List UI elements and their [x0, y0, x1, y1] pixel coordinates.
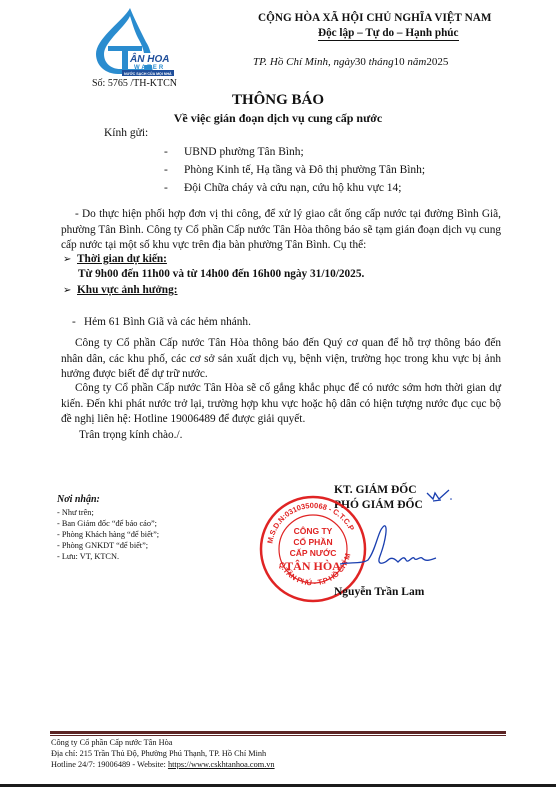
- svg-text:CỔ PHẦN: CỔ PHẦN: [293, 536, 332, 547]
- document-title: THÔNG BÁO: [0, 92, 556, 109]
- intro-text: - Do thực hiện phối hợp đơn vị thi công,…: [61, 208, 501, 251]
- date-year: 2025: [426, 56, 448, 68]
- receiver-item: - Phòng Khách hàng “để biết”;: [57, 530, 159, 539]
- time-value: Từ 9h00 đến 11h00 và từ 14h00 đến 16h00 …: [78, 268, 364, 280]
- recipient-item: -Đội Chữa cháy và cứu nạn, cứu hộ khu vự…: [164, 182, 402, 194]
- time-heading-label: Thời gian dự kiến:: [77, 253, 167, 265]
- water-drop-logo-icon: ÂN HOA WATER NƯỚC SẠCH CỦA MỌI NHÀ: [84, 6, 176, 76]
- receiver-item: - Như trên;: [57, 508, 94, 517]
- recipient-item: -UBND phường Tân Bình;: [164, 146, 304, 158]
- recipient-text: Phòng Kinh tế, Hạ tầng và Đô thị phường …: [184, 164, 425, 176]
- footer-company: Công ty Cổ phần Cấp nước Tân Hòa: [51, 738, 172, 747]
- area-text: Hẻm 61 Bình Giã và các hẻm nhánh.: [84, 316, 251, 328]
- national-motto: Độc lập – Tự do – Hạnh phúc: [318, 27, 459, 41]
- document-number: Số: 5765 /TH-KTCN: [92, 78, 177, 89]
- footer-address: Địa chỉ: 215 Trần Thủ Độ, Phường Phú Thạ…: [51, 749, 266, 758]
- year-label: năm: [405, 56, 427, 68]
- place-date: TP. Hồ Chí Minh, ngày30 tháng10 năm2025: [253, 56, 448, 68]
- svg-text:CÔNG TY: CÔNG TY: [294, 525, 333, 536]
- area-heading-label: Khu vực ảnh hưởng:: [77, 284, 178, 296]
- paragraph-3: Công ty Cổ phần Cấp nước Tân Hòa sẽ cố g…: [61, 381, 501, 428]
- area-item: -Hẻm 61 Bình Giã và các hẻm nhánh.: [72, 316, 251, 328]
- paragraph-3-text: Công ty Cổ phần Cấp nước Tân Hòa sẽ cố g…: [61, 382, 501, 425]
- month-label: tháng: [366, 56, 394, 68]
- footer-divider-thin: [50, 735, 506, 736]
- svg-text:TÂN HÒA: TÂN HÒA: [285, 559, 341, 573]
- date-month: 10: [394, 56, 405, 68]
- arrow-bullet-icon: ➢: [63, 254, 77, 265]
- initial-mark-icon: [425, 487, 455, 507]
- recipient-item: -Phòng Kinh tế, Hạ tầng và Đô thị phường…: [164, 164, 425, 176]
- signer-name: Nguyễn Trần Lam: [334, 586, 424, 598]
- date-day: 30: [355, 56, 366, 68]
- svg-text:ÂN HOA: ÂN HOA: [129, 52, 169, 65]
- company-logo: ÂN HOA WATER NƯỚC SẠCH CỦA MỌI NHÀ: [84, 6, 176, 76]
- footer-hotline: Hotline 24/7: 19006489 - Website:: [51, 760, 168, 769]
- place-date-prefix: TP. Hồ Chí Minh, ngày: [253, 56, 355, 68]
- receiver-item: - Ban Giám đốc “để báo cáo”;: [57, 519, 157, 528]
- time-heading: ➢Thời gian dự kiến:: [63, 253, 167, 265]
- receivers-title: Nơi nhận:: [57, 494, 100, 505]
- footer-contact: Hotline 24/7: 19006489 - Website: https:…: [51, 760, 275, 769]
- svg-text:NƯỚC SẠCH CỦA MỌI NHÀ: NƯỚC SẠCH CỦA MỌI NHÀ: [124, 71, 172, 76]
- receiver-item: - Phòng GNKDT “để biết”;: [57, 541, 148, 550]
- area-heading: ➢Khu vực ảnh hưởng:: [63, 284, 178, 296]
- arrow-bullet-icon: ➢: [63, 285, 77, 296]
- footer-divider: [50, 731, 506, 734]
- svg-text:CẤP NƯỚC: CẤP NƯỚC: [290, 547, 337, 558]
- handwritten-signature-icon: [340, 520, 440, 580]
- closing: Trân trọng kính chào./.: [79, 429, 182, 441]
- greeting: Kính gửi:: [104, 127, 148, 139]
- receiver-item: - Lưu: VT, KTCN.: [57, 552, 119, 561]
- website-link[interactable]: https://www.cskhtanhoa.com.vn: [168, 760, 275, 769]
- nation-title: CỘNG HÒA XÃ HỘI CHỦ NGHĨA VIỆT NAM: [258, 12, 491, 24]
- document-subtitle: Về việc gián đoạn dịch vụ cung cấp nước: [0, 111, 556, 126]
- paragraph-2-text: Công ty Cổ phần Cấp nước Tân Hòa thông b…: [61, 337, 501, 380]
- intro-paragraph: - Do thực hiện phối hợp đơn vị thi công,…: [61, 207, 501, 254]
- recipient-text: Đội Chữa cháy và cứu nạn, cứu hộ khu vực…: [184, 182, 402, 194]
- recipient-text: UBND phường Tân Bình;: [184, 146, 304, 158]
- paragraph-2: Công ty Cổ phần Cấp nước Tân Hòa thông b…: [61, 336, 501, 383]
